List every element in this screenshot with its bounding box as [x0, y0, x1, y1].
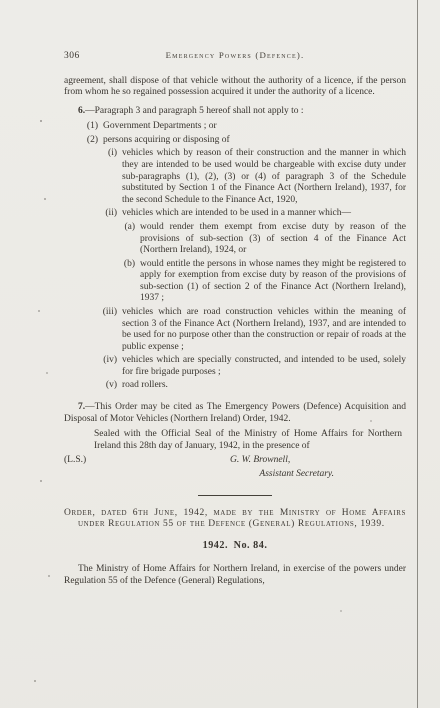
list-item-b-label: (b) — [64, 259, 135, 271]
clause-6-paragraph: 6.—Paragraph 3 and paragraph 5 hereof sh… — [64, 106, 406, 118]
order-citation: 1942. No. 84. — [64, 540, 406, 552]
signature-row: (L.S.) G. W. Brownell, — [64, 455, 406, 467]
list-item-b-text: would entitle the persons in whose names… — [140, 259, 406, 304]
order-opening-paragraph: The Ministry of Home Affairs for Norther… — [64, 564, 406, 587]
continuation-paragraph: agreement, shall dispose of that vehicle… — [64, 76, 406, 99]
text-column: 306 Emergency Powers (Defence). agreemen… — [64, 0, 406, 587]
list-item-1-label: (1) — [64, 121, 98, 133]
list-item-v: (v)road rollers. — [64, 380, 406, 392]
scanned-document-page: 306 Emergency Powers (Defence). agreemen… — [0, 0, 440, 708]
list-item-2: (2)persons acquiring or disposing of — [64, 135, 406, 147]
list-item-iv-label: (iv) — [64, 355, 117, 367]
list-item-iii-label: (iii) — [64, 307, 117, 319]
list-item-v-text: road rollers. — [122, 380, 168, 390]
list-item-iv-text: vehicles which are specially constructed… — [122, 355, 406, 377]
page-number: 306 — [64, 51, 104, 63]
list-item-2-label: (2) — [64, 135, 98, 147]
list-item-i-text: vehicles which by reason of their constr… — [122, 148, 406, 204]
seal-mark: (L.S.) — [64, 455, 86, 467]
list-item-a-text: would render them exempt from excise dut… — [140, 222, 406, 255]
running-title: Emergency Powers (Defence). — [104, 50, 366, 61]
list-item-i: (i)vehicles which by reason of their con… — [64, 148, 406, 206]
signatory-name: G. W. Brownell, — [230, 455, 290, 467]
list-item-1-text: Government Departments ; or — [103, 121, 217, 131]
signatory-title: Assistant Secretary. — [64, 469, 406, 481]
section-divider — [198, 495, 272, 496]
page-header: 306 Emergency Powers (Defence). — [64, 50, 406, 63]
list-item-iv: (iv)vehicles which are specially constru… — [64, 355, 406, 378]
list-item-v-label: (v) — [64, 380, 117, 392]
clause-7-paragraph: 7.—This Order may be cited as The Emerge… — [64, 402, 406, 425]
clause-7-text: —This Order may be cited as The Emergenc… — [64, 402, 406, 424]
list-item-b: (b)would entitle the persons in whose na… — [64, 259, 406, 305]
scan-edge-line — [417, 0, 418, 708]
list-item-iii-text: vehicles which are road construction veh… — [122, 307, 406, 352]
list-item-2-text: persons acquiring or disposing of — [103, 135, 230, 145]
scan-specks — [40, 120, 42, 122]
order-heading: Order, dated 6th June, 1942, made by the… — [64, 508, 406, 531]
list-item-1: (1)Government Departments ; or — [64, 121, 406, 133]
list-item-a: (a)would render them exempt from excise … — [64, 222, 406, 257]
list-item-i-label: (i) — [64, 148, 117, 160]
list-item-ii-text: vehicles which are intended to be used i… — [122, 208, 351, 218]
list-item-ii-label: (ii) — [64, 208, 117, 220]
list-item-ii: (ii)vehicles which are intended to be us… — [64, 208, 406, 220]
list-item-a-label: (a) — [64, 222, 135, 234]
sealing-clause: Sealed with the Official Seal of the Min… — [64, 429, 406, 452]
clause-6-text: —Paragraph 3 and paragraph 5 hereof shal… — [85, 106, 303, 116]
list-item-iii: (iii)vehicles which are road constructio… — [64, 307, 406, 353]
